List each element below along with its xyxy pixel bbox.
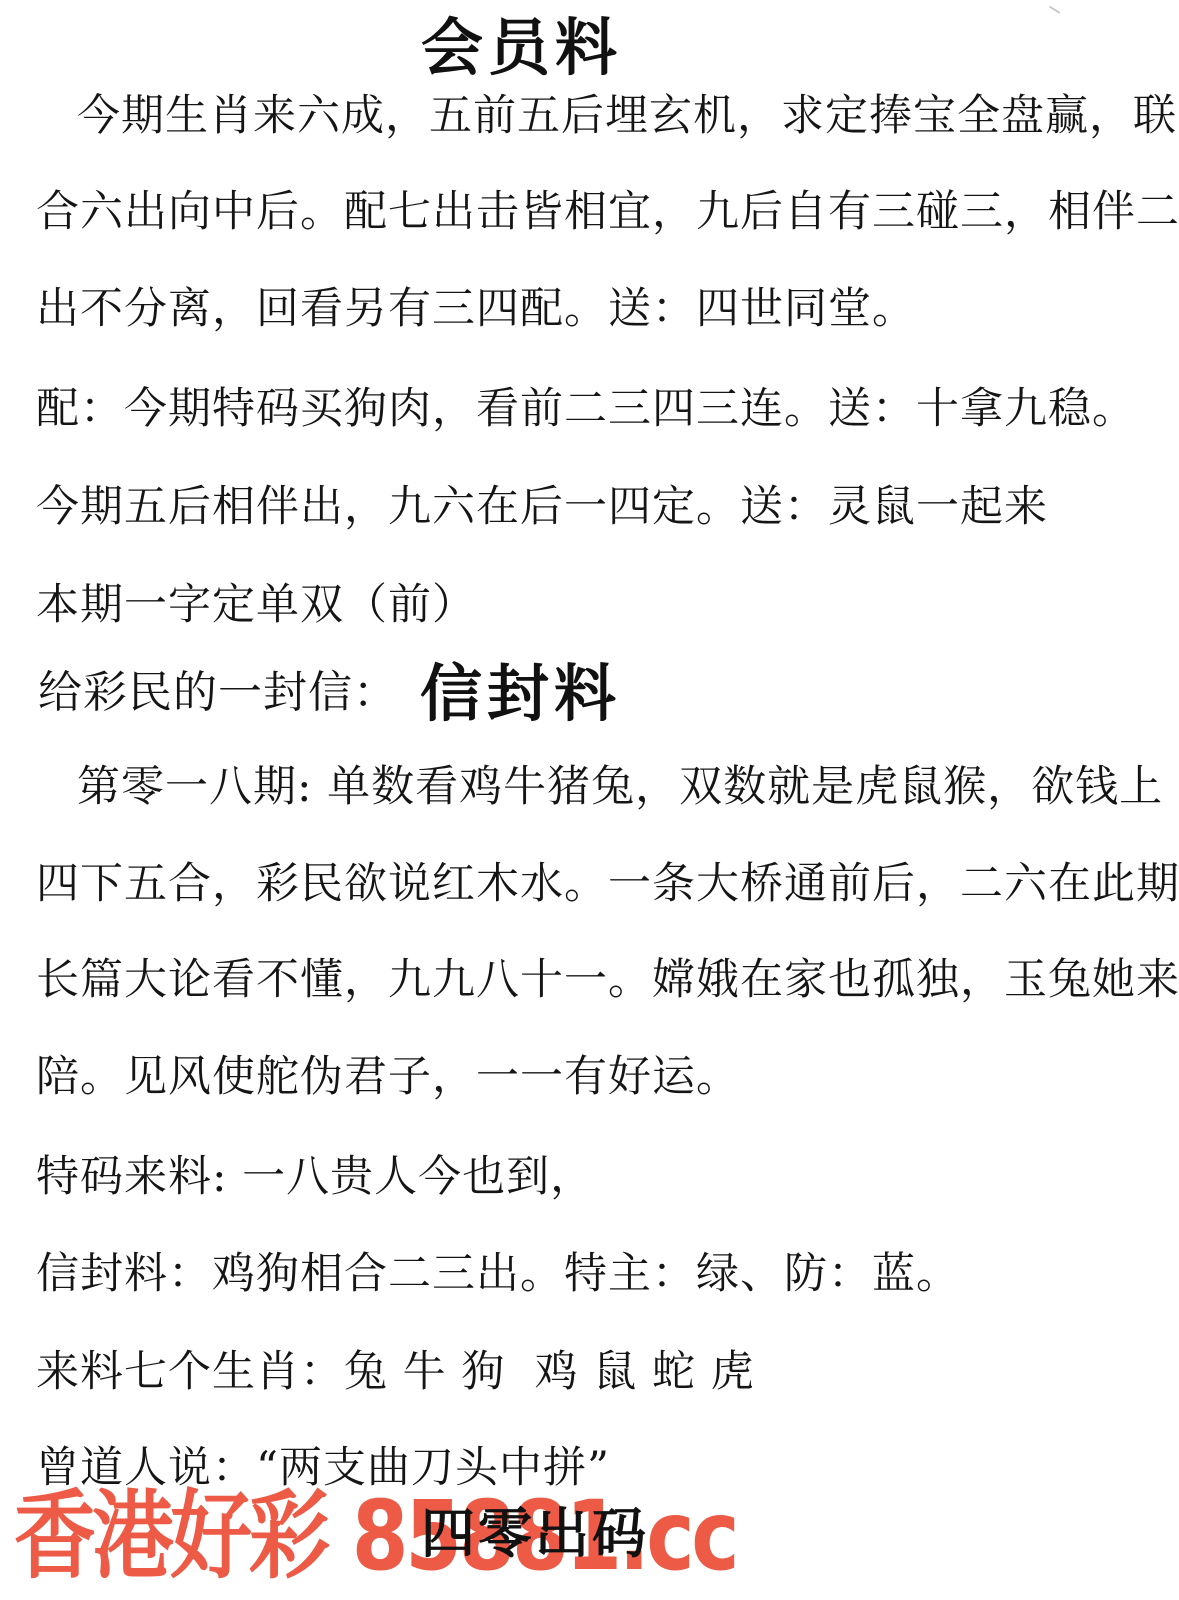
scan-artifact-mark (1044, 6, 1061, 23)
letter-intro-label: 给彩民的一封信： (38, 668, 398, 719)
envelope-line-3: 长篇大论看不懂，九九八十一。嫦娥在家也孤独，玉兔她来 (36, 956, 1179, 1005)
envelope-line-1: 第零一八期: 单数看鸡牛猪兔，双数就是虎鼠猴，欲钱上 (77, 763, 1163, 812)
envelope-line-4: 陪。见风使舵伪君子，一一有好运。 (36, 1053, 740, 1102)
section-title-member: 会员料 (421, 14, 622, 82)
member-line-4: 配：今期特码买狗肉，看前二三四三连。送：十拿九稳。 (36, 385, 1136, 434)
document-page: 会员料 今期生肖来六成，五前五后埋玄机，求定捧宝全盘赢，联 合六出向中后。配七出… (0, 0, 1179, 1600)
section-title-bottom: 四零出码 (421, 1504, 649, 1563)
section-title-envelope: 信封料 (420, 660, 621, 728)
member-line-5: 今期五后相伴出，九六在后一四定。送：灵鼠一起来 (36, 483, 1048, 532)
member-line-1: 今期生肖来六成，五前五后埋玄机，求定捧宝全盘赢，联 (77, 92, 1177, 141)
member-line-6: 本期一字定单双（前） (36, 581, 476, 630)
member-line-3: 出不分离，回看另有三四配。送：四世同堂。 (36, 285, 916, 334)
zodiac-list-line: 来料七个生肖：兔 牛 狗 鸡 鼠 蛇 虎 (36, 1348, 755, 1397)
member-line-2: 合六出向中后。配七出击皆相宜，九后自有三碰三，相伴二 (36, 188, 1179, 237)
special-code-line: 特码来料: 一八贵人今也到， (36, 1153, 594, 1202)
envelope-tip-line: 信封料：鸡狗相合二三出。特主：绿、防：蓝。 (36, 1250, 960, 1299)
envelope-line-2: 四下五合，彩民欲说红木水。一条大桥通前后，二六在此期。 (36, 860, 1179, 909)
